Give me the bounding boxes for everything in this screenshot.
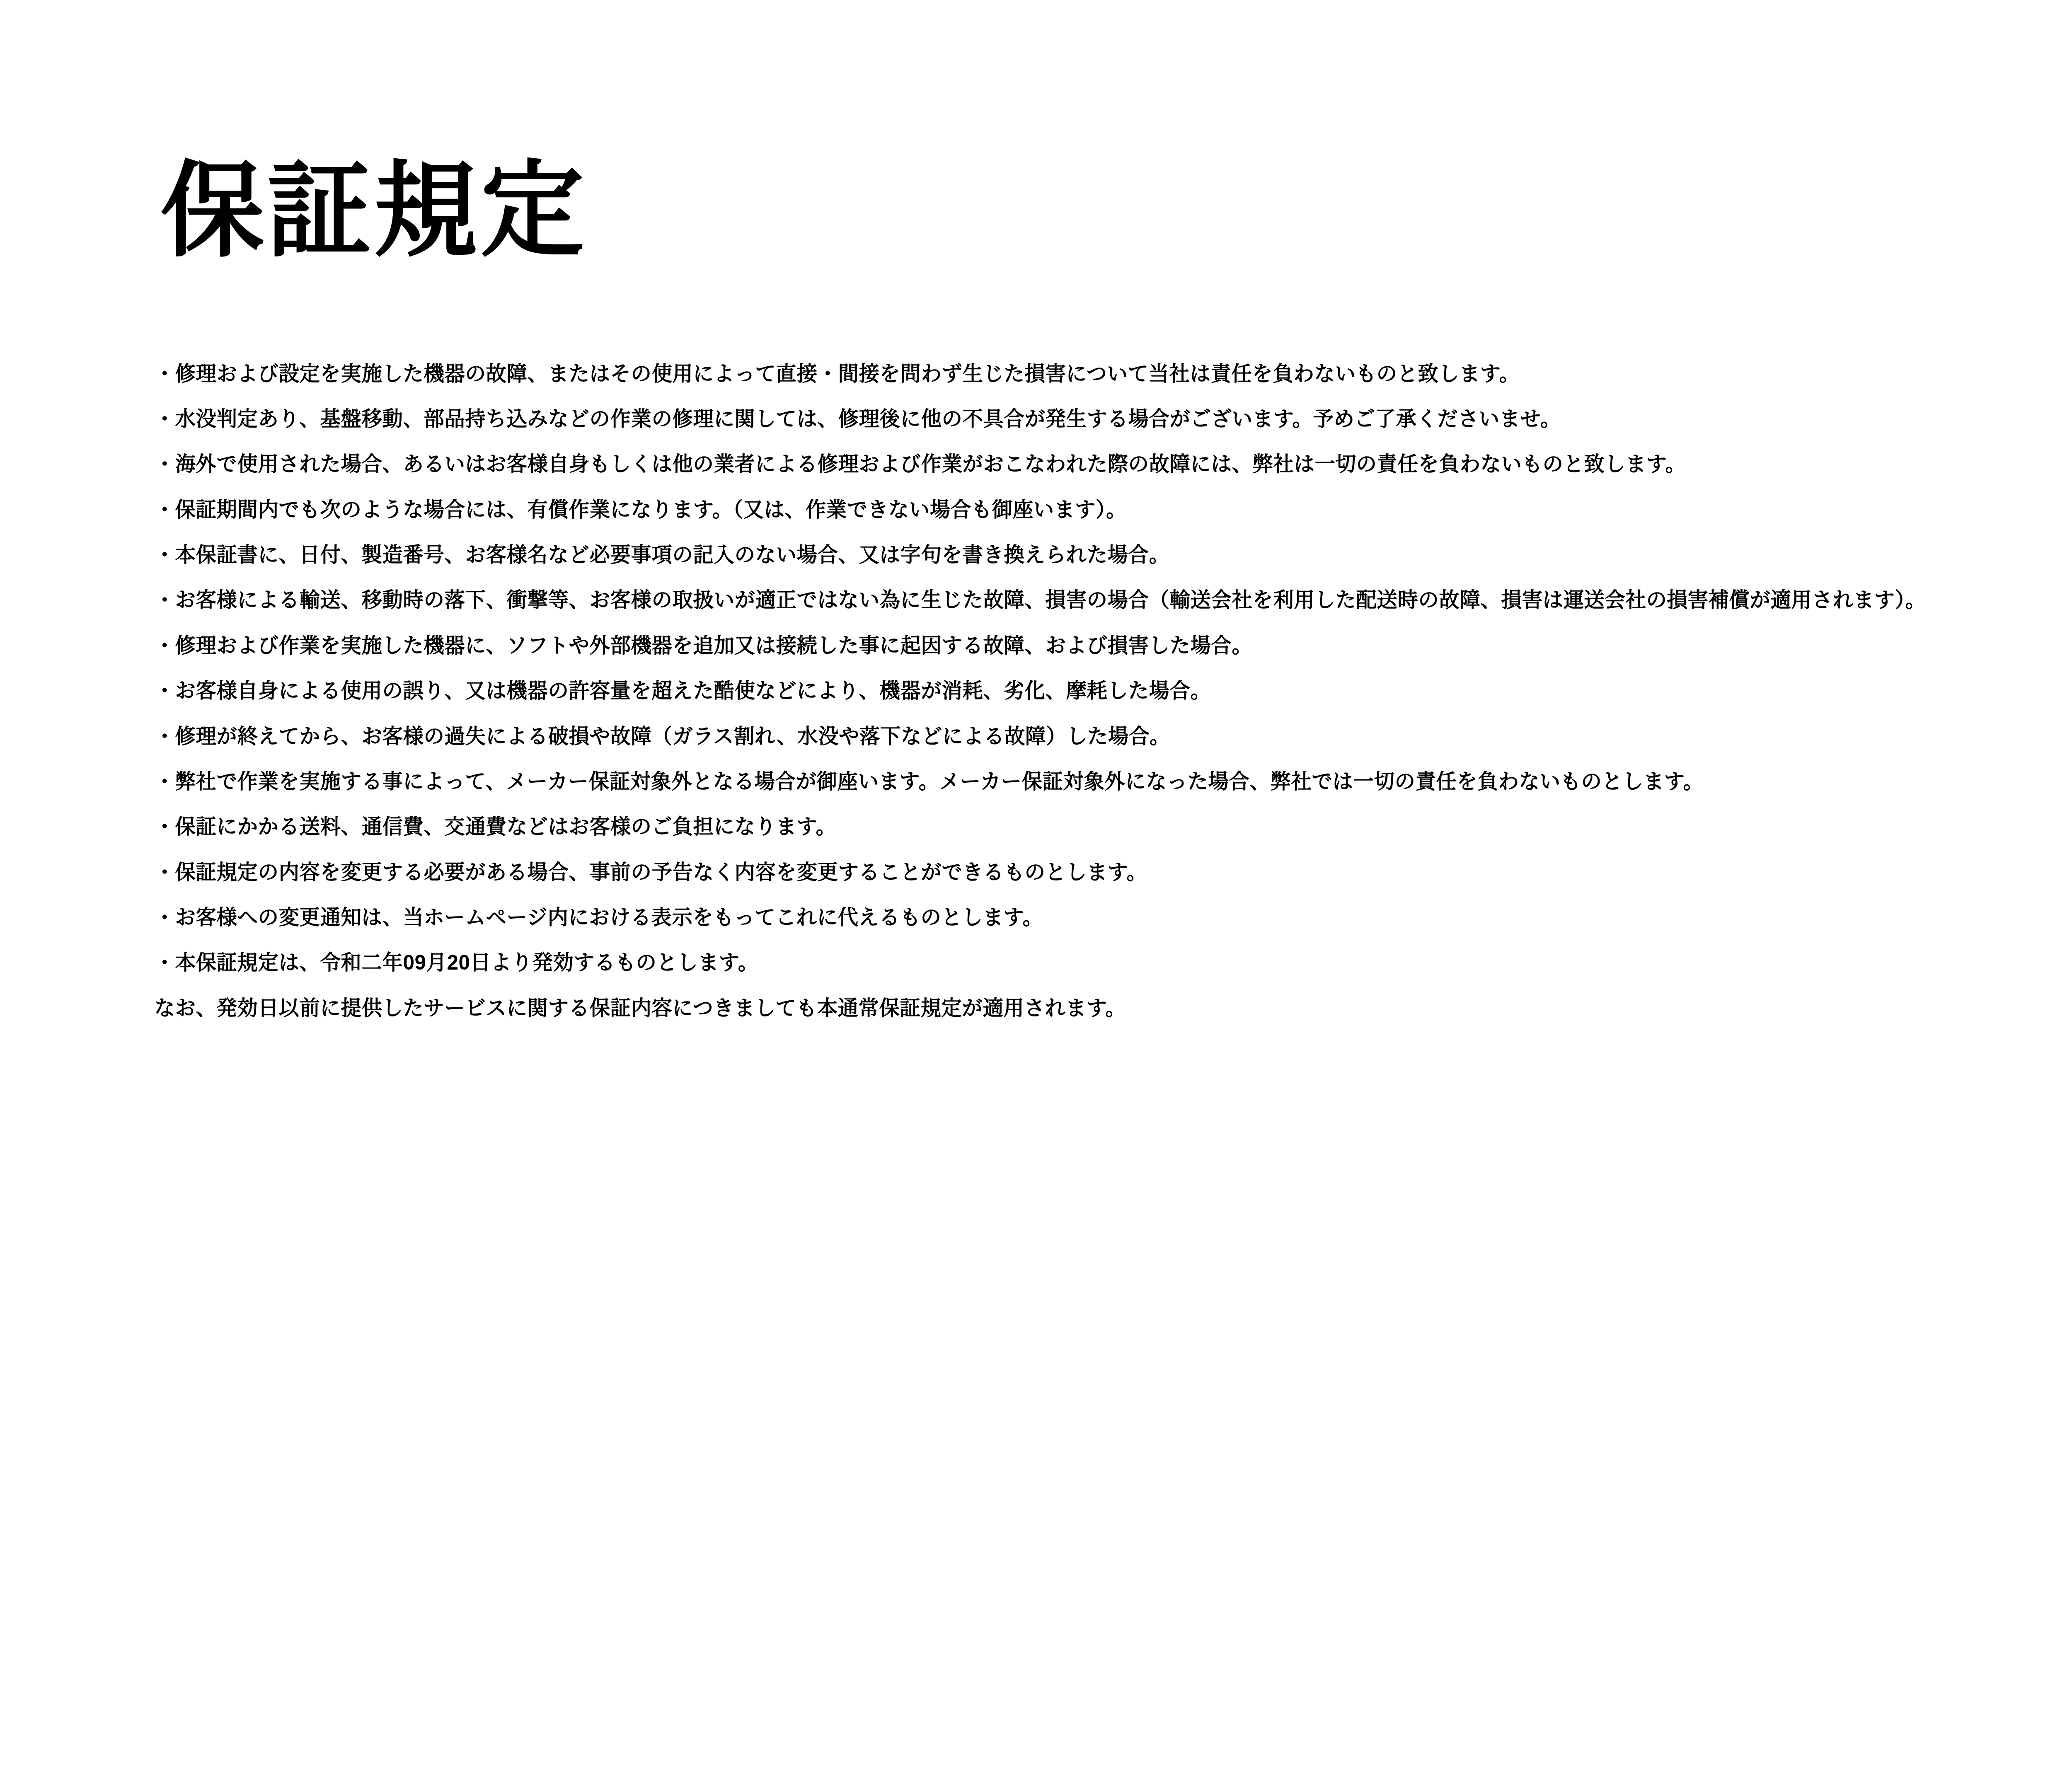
term-item: ・弊社で作業を実施する事によって、メーカー保証対象外となる場合が御座います。メー… [155, 759, 2031, 804]
term-item: ・保証規定の内容を変更する必要がある場合、事前の予告なく内容を変更することができ… [155, 850, 2031, 895]
closing-note: なお、発効日以前に提供したサービスに関する保証内容につきましても本通常保証規定が… [155, 986, 2031, 1031]
term-item: ・保証期間内でも次のような場合には、有償作業になります。（又は、作業できない場合… [155, 487, 2031, 532]
term-item: ・水没判定あり、基盤移動、部品持ち込みなどの作業の修理に関しては、修理後に他の不… [155, 397, 2031, 442]
term-item: ・お客様による輸送、移動時の落下、衝撃等、お客様の取扱いが適正ではない為に生じた… [155, 578, 2031, 623]
term-item: ・お客様への変更通知は、当ホームページ内における表示をもってこれに代えるものとし… [155, 895, 2031, 940]
term-item: ・修理が終えてから、お客様の過失による破損や故障（ガラス割れ、水没や落下などによ… [155, 714, 2031, 759]
term-item: ・本保証書に、日付、製造番号、お客様名など必要事項の記入のない場合、又は字句を書… [155, 532, 2031, 578]
term-item: ・修理および作業を実施した機器に、ソフトや外部機器を追加又は接続した事に起因する… [155, 623, 2031, 668]
term-item: ・お客様自身による使用の誤り、又は機器の許容量を超えた酷使などにより、機器が消耗… [155, 668, 2031, 714]
term-item: ・本保証規定は、令和二年09月20日より発効するものとします。 [155, 940, 2031, 985]
term-item: ・保証にかかる送料、通信費、交通費などはお客様のご負担になります。 [155, 804, 2031, 849]
terms-list: ・修理および設定を実施した機器の故障、またはその使用によって直接・間接を問わず生… [155, 351, 2031, 1031]
term-item: ・海外で使用された場合、あるいはお客様自身もしくは他の業者による修理および作業が… [155, 442, 2031, 487]
page-title: 保証規定 [161, 151, 2031, 271]
term-item: ・修理および設定を実施した機器の故障、またはその使用によって直接・間接を問わず生… [155, 351, 2031, 397]
warranty-document-page: 保証規定 ・修理および設定を実施した機器の故障、またはその使用によって直接・間接… [0, 0, 2072, 1166]
document-body: 保証規定 ・修理および設定を実施した機器の故障、またはその使用によって直接・間接… [0, 0, 2072, 1031]
